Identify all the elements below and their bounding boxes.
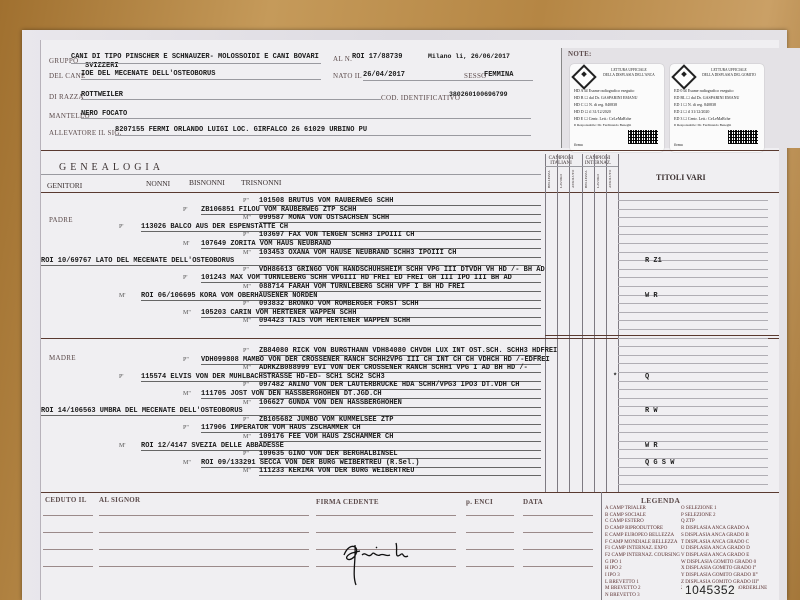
- legend-item: T DISPLASIA ANCA GRADO C: [681, 540, 767, 547]
- elbow-responsible: Il Responsabile: Dr. Ferdinando Beneghi: [674, 123, 731, 127]
- champion-subcolumn-label: ASSOLUTO: [571, 168, 575, 188]
- elbow-row: ED 1 ☐ N. di reg. 840838: [674, 102, 716, 107]
- pedigree-certificate: GRUPPO CANI DI TIPO PINSCHER E SCHNAUZER…: [22, 30, 787, 600]
- hip-firma: firma: [574, 142, 583, 147]
- generation-marker: M": [183, 460, 191, 466]
- col-bisnonni: BISNONNI: [189, 178, 225, 187]
- legend-item: O SELEZIONE 1: [681, 506, 767, 513]
- legenda-title: LEGENDA: [641, 496, 680, 505]
- certificate-body: GRUPPO CANI DI TIPO PINSCHER E SCHNAUZER…: [40, 40, 779, 600]
- elbow-row: ED 3 ☐ Centr. Lett.: CeLeMaRche: [674, 116, 730, 121]
- al-signor-label: AL SIGNOR: [99, 496, 140, 504]
- padre-ancestor: 107649 ZORITA VOM HAUS NEUBRAND: [201, 240, 331, 248]
- genealogy-title: GENEALOGIA: [59, 162, 164, 173]
- madre-ancestor: ROI 12/4147 SVEZIA DELLE ABBADESSE: [141, 442, 284, 450]
- generation-marker: M': [183, 241, 189, 247]
- legend-item: Y DISPLASIA GOMITO GRADO II°: [681, 573, 767, 580]
- madre-ancestor: VDH099808 MAMBO VON DER CROSSENER RANCH …: [201, 356, 550, 364]
- signature: [340, 535, 430, 590]
- generation-marker: M": [243, 468, 251, 474]
- elbow-sticker-subtitle: DELLA DISPLASIA DEL GOMITO: [696, 73, 762, 78]
- nato-il-value: 26/04/2017: [363, 71, 405, 79]
- generation-marker: P': [119, 224, 123, 230]
- legend-item: V DISPLASIA ANCA GRADO E: [681, 553, 767, 560]
- col-titoli-vari: TITOLI VARI: [656, 173, 706, 182]
- madre-ancestor: ADRKZB088999 EVI VON DER CROSSENER RANCH…: [259, 364, 528, 372]
- generation-marker: P': [183, 207, 187, 213]
- champion-subcolumn-label: LAVORO: [596, 168, 600, 188]
- elbow-row: ED 0 ☒ Esame radiografico eseguito: [674, 88, 733, 93]
- generation-marker: P": [243, 417, 249, 423]
- generation-marker: P": [243, 198, 249, 204]
- titoli-value: R W: [645, 407, 658, 415]
- legend-item: N BREVETTO 3: [605, 593, 680, 600]
- legend-item: W DISPLASIA GOMITO GRADO 0: [681, 560, 767, 567]
- allevatore-value: 8207155 FERMI ORLANDO LUIGI LOC. GIRFALC…: [115, 126, 367, 134]
- madre-ancestor: 111233 KERIMA VON DER BURG WEIBERTREU: [259, 467, 414, 475]
- padre-ancestor: 093832 BRONKO VOM ROMBERGER FORST SCHH: [259, 300, 419, 308]
- titoli-value: Q: [645, 373, 649, 381]
- madre-ancestor: 115574 ELVIS VON DER MUHLBACHSTRASSE HD-…: [141, 373, 385, 381]
- mantello-value: NERO FOCATO: [81, 110, 127, 118]
- padre-ancestor: 103453 OXANA VOM HAUSE NEUBRAND SCHH3 IP…: [259, 249, 456, 257]
- legend-right: O SELEZIONE 1P SELEZIONE 2Q ZTPR DISPLAS…: [681, 506, 767, 593]
- generation-marker: M": [243, 284, 251, 290]
- legend-item: B CAMP SOCIALE: [605, 513, 680, 520]
- generation-marker: M": [243, 318, 251, 324]
- generation-marker: P": [243, 451, 249, 457]
- serial-number: 1045352: [682, 583, 738, 597]
- elbow-firma: firma: [674, 142, 683, 147]
- champion-subcolumn-label: BELLEZZA: [584, 168, 588, 188]
- madre-ancestor: ROI 09/133291 SECCA VON DER BURG WEIBERT…: [201, 459, 419, 467]
- legend-item: G IPO 1: [605, 560, 680, 567]
- titoli-value: R Z1: [645, 257, 662, 265]
- legend-item: I IPO 3: [605, 573, 680, 580]
- hip-dysplasia-sticker: LETTURA UFFICIALEDELLA DISPLASIA DELL'AN…: [570, 64, 664, 152]
- titoli-value: W R: [645, 442, 658, 450]
- padre-ancestor: 105203 CARIN VOM HERTENER WAPPEN SCHH: [201, 309, 356, 317]
- generation-marker: P": [243, 267, 249, 273]
- legend-item: M BREVETTO 2: [605, 586, 680, 593]
- generation-marker: M": [183, 391, 191, 397]
- champion-subcolumn-label: BELLEZZA: [547, 168, 551, 188]
- hip-row: HD D ☐ il 31/12/2020: [574, 109, 611, 114]
- madre-ancestor: 097482 ANINO VON DER LAUTERBRUCKE HDA SC…: [259, 381, 519, 389]
- generation-marker: M": [243, 400, 251, 406]
- generation-marker: M': [119, 443, 125, 449]
- titoli-value: Q G S W: [645, 459, 674, 467]
- col-nonni: NONNI: [146, 179, 170, 188]
- generation-marker: P': [119, 374, 123, 380]
- firma-cedente-label: FIRMA CEDENTE: [316, 498, 379, 506]
- generation-marker: P": [183, 357, 189, 363]
- gruppo-value: CANI DI TIPO PINSCHER E SCHNAUZER- MOLOS…: [71, 53, 319, 61]
- padre-ancestor: 099587 MONA VON OSTSACHSEN SCHH: [259, 214, 389, 222]
- qr-code-icon: [628, 130, 658, 144]
- madre-ancestor: 117906 IMPERATOR VOM HAUS ZSCHAMMER CH: [201, 424, 361, 432]
- madre-label: MADRE: [49, 354, 76, 362]
- generation-marker: M': [119, 293, 125, 299]
- nato-il-label: NATO IL: [333, 72, 362, 80]
- enci-logo-icon: [571, 64, 596, 89]
- generation-marker: P": [243, 232, 249, 238]
- generation-marker: M": [243, 250, 251, 256]
- padre-ancestor: 094423 TAIS VOM HERTENER WAPPEN SCHH: [259, 317, 410, 325]
- place-date: Milano li, 26/06/2017: [428, 53, 510, 60]
- madre-ancestor: 106627 GUNDA VON DEN HASSBERGHOHEN: [259, 399, 402, 407]
- legend-item: X DISPLASIA GOMITO GRADO I°: [681, 566, 767, 573]
- padre-ancestor: 103697 FAX VON TENGEN SCHH3 IPOIII CH: [259, 231, 414, 239]
- qr-code-icon: [728, 130, 758, 144]
- hip-row: HD C ☐ N. di reg. 840838: [574, 102, 617, 107]
- col-genitori: GENITORI: [47, 181, 82, 190]
- generation-marker: M": [243, 215, 251, 221]
- allevatore-label: ALLEVATORE IL SIG.: [49, 129, 122, 137]
- hip-sticker-subtitle: DELLA DISPLASIA DELL'ANCA: [596, 73, 662, 78]
- generation-marker: M": [183, 310, 191, 316]
- padre-ancestor: ROI 06/106695 KORA VOM OBERHAUSENER NORD…: [141, 292, 317, 300]
- generation-marker: P": [243, 301, 249, 307]
- col-trisnonni: TRISNONNI: [241, 178, 281, 187]
- razza-label: DI RAZZA: [49, 93, 84, 101]
- data-label: DATA: [523, 498, 543, 506]
- generation-marker: P': [183, 275, 187, 281]
- legend-item: E CAMP EUROPEO BELLEZZA: [605, 533, 680, 540]
- padre-ancestor: 101508 BRUTUS VOM RAUBERWEG SCHH: [259, 197, 393, 205]
- champion-subcolumn-label: LAVORO: [559, 168, 563, 188]
- titoli-value: W R: [645, 292, 658, 300]
- legend-left: A CAMP TRIALERB CAMP SOCIALEC CAMP ESTER…: [605, 506, 680, 600]
- padre-label: PADRE: [49, 216, 73, 224]
- legend-item: Q ZTP: [681, 519, 767, 526]
- padre-ancestor: 088714 FARAH VOM TURNLEBERG SCHH VPF I B…: [259, 283, 465, 291]
- hip-row: HD E ☐ Centr. Lett.: CeLeMaRche: [574, 116, 631, 121]
- notes-area: NOTE: LETTURA UFFICIALEDELLA DISPLASIA D…: [561, 48, 800, 148]
- madre-ancestor: 111705 JOST VON DEN HASSBERGHOHEN DT.JGD…: [201, 390, 382, 398]
- hip-responsible: Il Responsabile: Dr. Ferdinando Beneghi: [574, 123, 631, 127]
- champion-subcolumn-label: ASSOLUTO: [608, 168, 612, 188]
- enci-logo-icon: [671, 64, 696, 89]
- padre-ancestor: 113026 BALCO AUS DER ESPENSTATTE CH: [141, 223, 288, 231]
- legend-item: S DISPLASIA ANCA GRADO B: [681, 533, 767, 540]
- legend-item: A CAMP TRIALER: [605, 506, 680, 513]
- ceduto-il-label: CEDUTO IL: [45, 496, 87, 504]
- madre-ancestor: ZB84080 RICK VON BURGTHANN VDH84080 CHVD…: [259, 347, 557, 355]
- cod-identificativo-value: 380260100696799: [449, 91, 508, 98]
- generation-marker: P": [243, 382, 249, 388]
- madre-ancestor: ROI 14/106563 UMBRA DEL MECENATE DELL'OS…: [41, 407, 243, 415]
- legend-item: P SELEZIONE 2: [681, 513, 767, 520]
- razza-value: ROTTWEILER: [81, 91, 123, 99]
- p-enci-label: p. ENCI: [466, 498, 493, 506]
- padre-ancestor: ZB106851 FILOU VOM RAUBERWEG ZTP SCHH: [201, 206, 356, 214]
- elbow-row: ED BL ☐ dal Dr. GASPARINI EMANU: [674, 95, 739, 100]
- legend-item: U DISPLASIA ANCA GRADO D: [681, 546, 767, 553]
- al-n-value: ROI 17/88739: [352, 53, 402, 61]
- madre-ancestor: 109176 FEE VOM HAUS ZSCHAMMER CH: [259, 433, 393, 441]
- elbow-dysplasia-sticker: LETTURA UFFICIALEDELLA DISPLASIA DEL GOM…: [670, 64, 764, 152]
- legend-item: C CAMP ESTERO: [605, 519, 680, 526]
- champion-marker: *: [613, 373, 617, 381]
- legend-item: F2 CAMP INTERNAZ. COURSING: [605, 553, 680, 560]
- del-cane-value: IOE DEL MECENATE DELL'OSTEOBORUS: [81, 70, 215, 78]
- generation-marker: P": [183, 425, 189, 431]
- legend-item: R DISPLASIA ANCA GRADO A: [681, 526, 767, 533]
- generation-marker: P": [243, 348, 249, 354]
- madre-ancestor: ZB105682 JUMBO VOM KUMMELSEE ZTP: [259, 416, 393, 424]
- madre-ancestor: 109635 GINO VON DER BERGHALBINSEL: [259, 450, 398, 458]
- col-campioni-italiani: CAMPIONI ITALIANI: [545, 156, 577, 166]
- al-n-label: AL N.: [333, 55, 352, 63]
- col-campioni-internaz: CAMPIONI INTERNAZ.: [582, 156, 614, 166]
- elbow-row: ED 2 ☐ il 31/12/2020: [674, 109, 709, 114]
- legend-item: D CAMP RIPRODUTTORE: [605, 526, 680, 533]
- hip-row: HD A ☒ Esame radiografico eseguito: [574, 88, 634, 93]
- hip-row: HD B ☐ dal Dr. GASPARINI EMANU: [574, 95, 638, 100]
- generation-marker: M": [243, 434, 251, 440]
- legend-item: L BREVETTO 1: [605, 580, 680, 587]
- padre-ancestor: ROI 10/69767 LATO DEL MECENATE DELL'OSTE…: [41, 257, 234, 265]
- legend-item: F1 CAMP INTERNAZ. EXPO: [605, 546, 680, 553]
- padre-ancestor: VDH86613 GRINGO VON HANDSCHUHSHEIM SCHH …: [259, 266, 545, 274]
- notes-label: NOTE:: [568, 50, 592, 58]
- generation-marker: M": [243, 365, 251, 371]
- legend-item: H IPO 2: [605, 566, 680, 573]
- sesso-value: FEMMINA: [484, 71, 513, 79]
- legend-item: F CAMP MONDIALE BELLEZZA: [605, 540, 680, 547]
- padre-ancestor: 101243 MAX VOM TURNLEBERG SCHH VPGIII HD…: [201, 274, 512, 282]
